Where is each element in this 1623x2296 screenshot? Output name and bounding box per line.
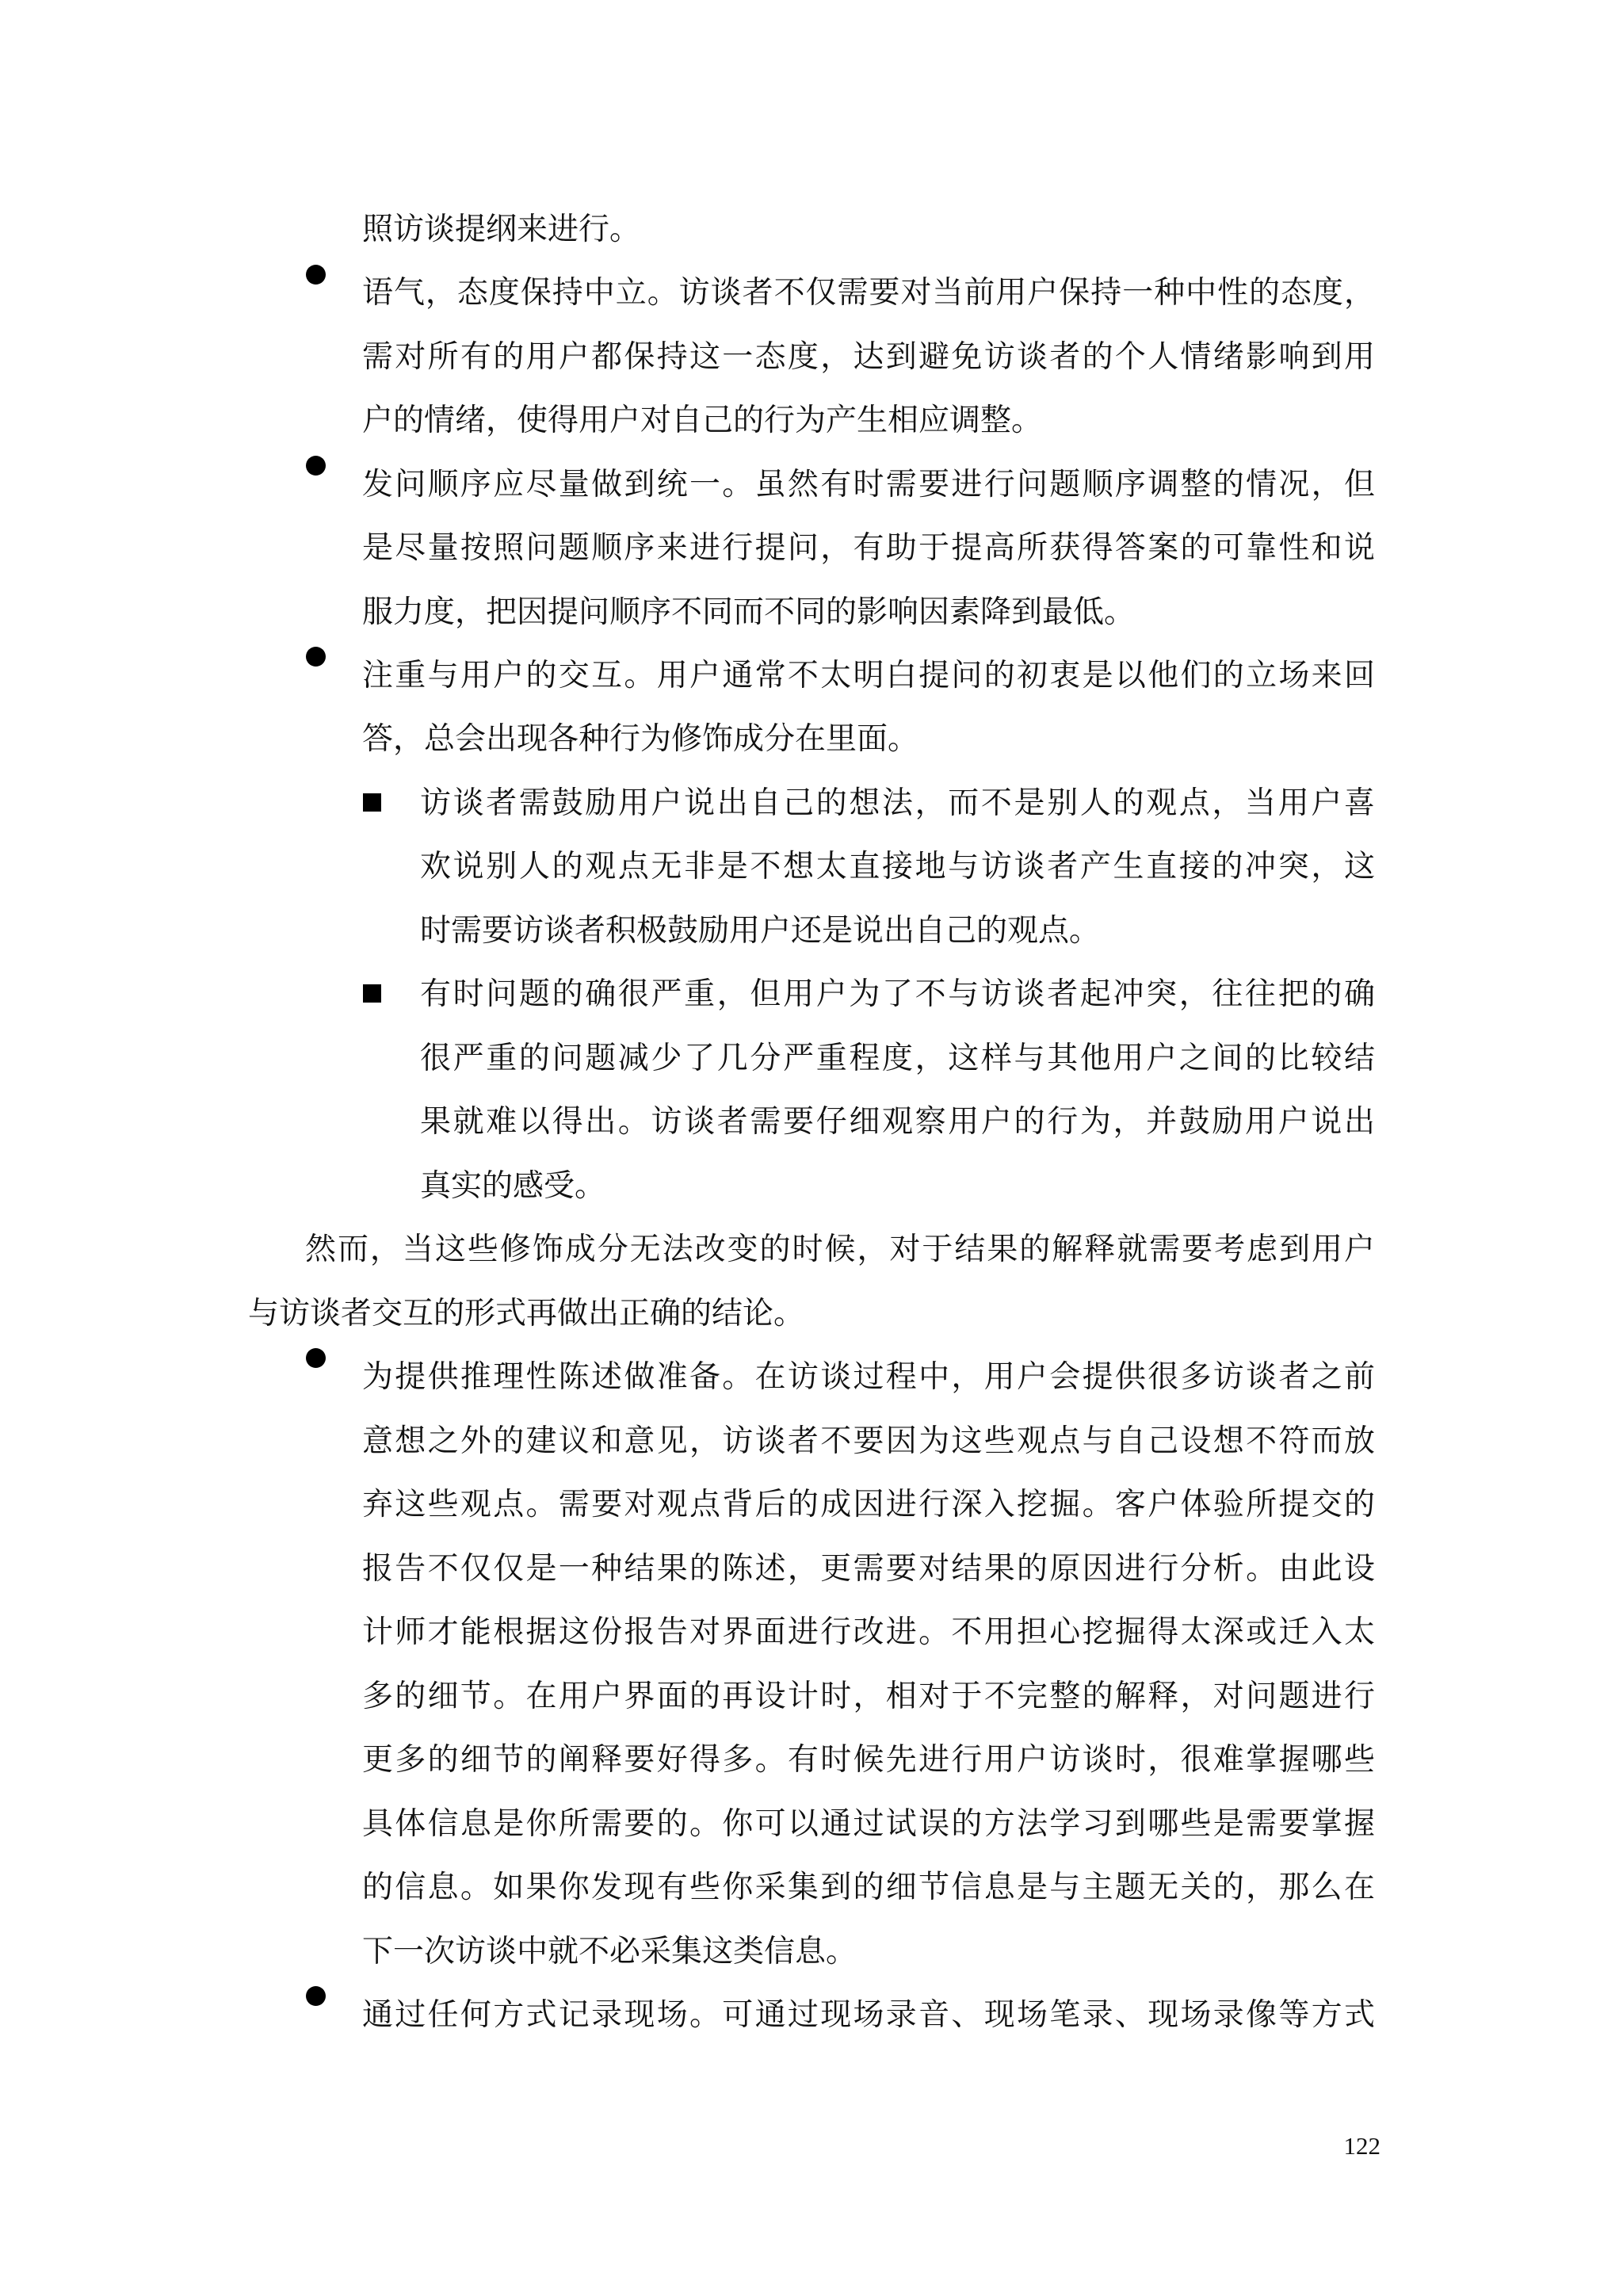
text-line: 欢说别人的观点无非是不想太直接地与访谈者产生直接的冲突，这	[420, 848, 1375, 886]
text-line: 发问顺序应尽量做到统一。虽然有时需要进行问题顺序调整的情况，但	[362, 466, 1375, 504]
text-line: 与访谈者交互的形式再做出正确的结论。	[248, 1295, 1375, 1333]
text-line: 服力度，把因提问顺序不同而不同的影响因素降到最低。	[362, 594, 1375, 632]
text-line: 通过任何方式记录现场。可通过现场录音、现场笔录、现场录像等方式	[362, 1996, 1375, 2034]
text-line: 为提供推理性陈述做准备。在访谈过程中，用户会提供很多访谈者之前	[362, 1358, 1375, 1396]
text-line: 下一次访谈中就不必采集这类信息。	[362, 1933, 1375, 1971]
text-line: 需对所有的用户都保持这一态度，达到避免访谈者的个人情绪影响到用	[362, 338, 1375, 376]
text-line: 照访谈提纲来进行。	[362, 211, 1375, 249]
bullet-circle-icon	[306, 647, 326, 667]
text-line: 多的细节。在用户界面的再设计时，相对于不完整的解释，对问题进行	[362, 1678, 1375, 1716]
text-line: 很严重的问题减少了几分严重程度，这样与其他用户之间的比较结	[420, 1040, 1375, 1078]
text-line: 时需要访谈者积极鼓励用户还是说出自己的观点。	[420, 912, 1375, 950]
text-line: 答，总会出现各种行为修饰成分在里面。	[362, 720, 1375, 758]
document-page: 照访谈提纲来进行。 语气，态度保持中立。访谈者不仅需要对当前用户保持一种中性的态…	[0, 0, 1623, 2296]
text-line: 报告不仅仅是一种结果的陈述，更需要对结果的原因进行分析。由此设	[362, 1550, 1375, 1588]
bullet-square-icon	[363, 984, 381, 1003]
text-line: 意想之外的建议和意见，访谈者不要因为这些观点与自己设想不符而放	[362, 1423, 1375, 1461]
bullet-circle-icon	[306, 265, 326, 285]
bullet-circle-icon	[306, 1348, 326, 1368]
text-line: 访谈者需鼓励用户说出自己的想法，而不是别人的观点，当用户喜	[420, 785, 1375, 823]
bullet-circle-icon	[306, 1986, 326, 2006]
text-line: 的信息。如果你发现有些你采集到的细节信息是与主题无关的，那么在	[362, 1869, 1375, 1907]
text-line: 语气，态度保持中立。访谈者不仅需要对当前用户保持一种中性的态度，	[362, 274, 1375, 312]
text-line: 具体信息是你所需要的。你可以通过试误的方法学习到哪些是需要掌握	[362, 1805, 1375, 1843]
text-line: 然而，当这些修饰成分无法改变的时候，对于结果的解释就需要考虑到用户	[305, 1231, 1375, 1269]
bullet-square-icon	[363, 793, 381, 812]
text-line: 是尽量按照问题顺序来进行提问，有助于提高所获得答案的可靠性和说	[362, 529, 1375, 567]
bullet-circle-icon	[306, 456, 326, 476]
text-line: 果就难以得出。访谈者需要仔细观察用户的行为，并鼓励用户说出	[420, 1103, 1375, 1141]
page-number: 122	[1339, 2132, 1381, 2160]
text-line: 更多的细节的阐释要好得多。有时候先进行用户访谈时，很难掌握哪些	[362, 1741, 1375, 1779]
text-line: 真实的感受。	[420, 1167, 1375, 1205]
text-line: 户的情绪，使得用户对自己的行为产生相应调整。	[362, 402, 1375, 440]
text-line: 弃这些观点。需要对观点背后的成因进行深入挖掘。客户体验所提交的	[362, 1486, 1375, 1524]
text-line: 计师才能根据这份报告对界面进行改进。不用担心挖掘得太深或迁入太	[362, 1614, 1375, 1652]
text-line: 注重与用户的交互。用户通常不太明白提问的初衷是以他们的立场来回	[362, 657, 1375, 695]
text-line: 有时问题的确很严重，但用户为了不与访谈者起冲突，往往把的确	[420, 976, 1375, 1014]
